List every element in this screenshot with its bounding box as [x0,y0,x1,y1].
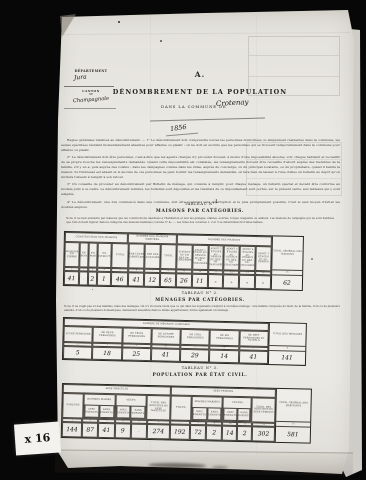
cell-value: 274 [147,424,170,440]
cell-value: » [223,274,239,288]
column-header: DE DEUX PERSONNES [93,327,123,344]
total-column: TOTAL GÉNÉRAL DES MAISONS 15 62 [271,236,303,290]
table1-number: TABLEAU N° [140,202,260,206]
cell-value: » [255,275,271,289]
cell-value: 144 [62,422,82,437]
form-content: DÉPARTEMENT Jura CANTON DE Champagnole A… [0,0,366,480]
cell-value: · [131,424,148,439]
cell-value: 65 [160,273,176,287]
column-header: DE QUATRE PERSONNES [151,328,181,345]
magnification-label: x 16 [14,421,61,455]
ink-smudge [76,468,106,471]
table-menages: NOMBRE DE MÉNAGES COMPOSÉS D'UNE PERSONN… [62,317,307,366]
column-header: DE SEPT PERSONNES ET AU-DELÀ [239,330,269,347]
column-header: AYANT 4 ÉTAGES AU-DESSUS DU REZ-DE-CHAUS… [239,246,255,271]
year-underline [166,133,198,136]
instructions-paragraph: 3° On conseille de procéder au dénombrem… [61,182,340,196]
cell-value: 41 [98,423,115,438]
table2-nota: Nota. Il ne s'agit pas ici des familles,… [64,305,340,312]
form-letter: A. [170,70,230,79]
cell-value: 9 [114,423,131,438]
column-header: TOTAL [160,244,176,269]
table-maisons: CONSTRUCTION DES MAISONS NOMBRE DES MAIS… [63,231,304,291]
cell-value: 25 [122,347,152,361]
column-header: AYANT 2 ÉTAGES AU-DESSUS DU REZ-DE-CHAUS… [208,245,224,270]
total-column: TOTAL GÉNÉRAL DES HABITANTS 13 581 [275,389,311,443]
divider-rule [64,108,116,109]
cell-value: 72 [190,425,207,440]
instructions-paragraph: Règles générales relatives au dénombreme… [61,138,340,152]
cell-value: 14 [209,350,239,364]
cell-value: » [239,275,255,289]
table2-title: MÉNAGES PAR CATÉGORIES. [120,298,280,303]
cell-value: » [207,274,223,288]
cell-value: · [79,271,88,285]
column-header: EN CONSTRUCTION [97,243,112,268]
column-header: N'AYANT QU'UN REZ-DE-CHAUSSÉE [176,244,192,269]
column-header: TOTAL [111,243,129,268]
cell-value: 41 [64,271,79,285]
cell-value: 18 [92,347,122,361]
column-header-pair: VEUVES AVEC ENFANTS SANS ENFANTS [223,397,253,423]
dust-speck [160,40,162,42]
column-header: DE SIX PERSONNES [210,330,240,347]
cell-value: 1 [97,272,111,286]
column-header: AYANT 1 ÉTAGE AU-DESSUS DU REZ-DE-CHAUSS… [192,245,208,270]
column-header: TOTAL DES INDIVIDUS DU SEXE FÉMININ [252,397,276,423]
cell-value: 12 [144,273,160,287]
column-header-pair: VEUFS AVEC ENFANTS SANS ENFANTS [115,394,147,420]
scan-artifact-line [60,32,350,35]
column-header: GARÇONS [62,393,83,418]
cell-value: 29 [180,349,210,363]
cell-value: 302 [252,426,275,442]
dust-speck [118,21,120,23]
column-header: PAR DES LOCATAIRES [145,244,161,269]
column-header: AYANT 5 ÉTAGES ET AU-DESSUS [255,246,271,271]
cell-value: 5 [63,346,93,360]
ink-smudge [212,466,228,469]
departement-value-handwritten: Jura [74,73,87,81]
column-header-pair: FEMMES MARIÉES AVEC ENFANTS SANS ENFANTS [191,396,223,422]
table3-number: TABLEAU N° 3. [140,366,260,370]
column-header: PAR LEURS PROPRIÉTAIRES [129,243,145,268]
departement-label: DÉPARTEMENT [64,69,118,73]
commune-value-handwritten: Crotenay [216,98,249,108]
cell-value: 2 [206,425,223,440]
column-header: AYANT 3 ÉTAGES AU-DESSUS DU REZ-DE-CHAUS… [224,245,240,270]
cell-value: 2 [88,272,97,286]
column-header: TOTAL DES INDIVIDUS DU SEXE MASCULIN [146,395,170,421]
column-header: DE CINQ PERSONNES [180,329,210,346]
magnification-text: x 16 [24,431,51,446]
column-header-pair: HOMMES MARIÉS AVEC ENFANTS SANS ENFANTS [83,393,115,419]
cell-value: 46 [111,272,129,286]
cell-value: 2 [237,426,252,441]
bottom-fold [55,449,353,475]
column-header: FILLES [170,395,191,420]
show-through-ghost [248,36,340,96]
signature-flourish [150,117,265,121]
cell-value: 41 [239,350,269,364]
table3-title: POPULATION PAR ÉTAT CIVIL. [120,373,280,378]
table-etat-civil: SEXE MASCULIN SEXE FÉMININ GARÇONS HOMME… [61,383,312,444]
column-header: DE TROIS PERSONNES [122,327,152,344]
cell-value: 87 [82,422,99,437]
scanned-census-page: DÉPARTEMENT Jura CANTON DE Champagnole A… [0,0,366,480]
cell-value: 41 [128,272,144,286]
cell-value: 26 [176,273,192,287]
column-header: MAISONS EN PIERRE [64,242,79,267]
divider-rule [64,86,114,87]
page-title: DÉNOMBREMENT DE LA POPULATION [50,88,350,96]
table2-number: TABLEAU N° 2. [140,291,260,295]
year-handwritten: 1856 [170,123,187,133]
total-column: TOTAL DES MÉNAGES 8 141 [268,323,306,365]
cell-value: 14 [222,426,237,441]
table1-nota: Nota. Il ne faut entendre par maisons qu… [66,217,334,224]
cell-value: 11 [192,274,208,288]
column-header: D'UNE PERSONNE [63,326,93,343]
cell-value: 192 [170,424,190,439]
instructions-paragraph: 2° Le dénombrement doit être personnel, … [61,155,340,179]
table1-title: MAISONS PAR CATÉGORIES. [120,209,280,214]
dust-speck [92,289,93,290]
cell-value: 41 [151,348,181,362]
dust-speck [311,258,313,260]
